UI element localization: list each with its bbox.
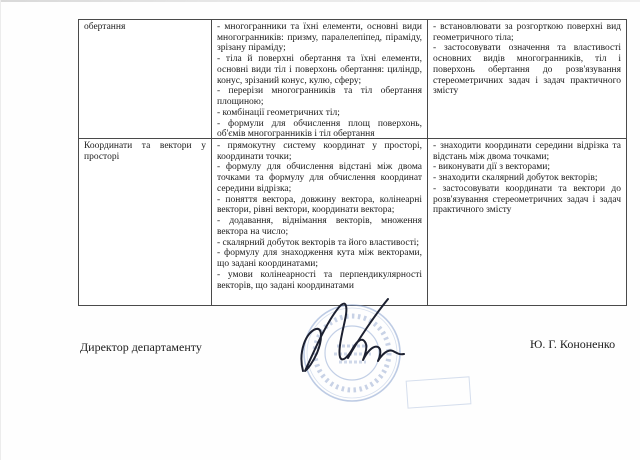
signature-icon — [301, 299, 404, 371]
document-page: обертання - многогранники та їхні елемен… — [0, 0, 640, 460]
table-cell-content-2: - прямокутну систему координат у простор… — [212, 139, 428, 305]
table-cell-outcomes-1: - встановлювати за розгорткою поверхні в… — [428, 20, 626, 139]
table-cell-topic-2: Координати та вектори у просторі — [79, 139, 212, 305]
round-stamp-icon — [304, 305, 400, 401]
scan-edge-left — [0, 0, 1, 460]
scan-edge-top — [0, 0, 640, 2]
faint-rect-imprint — [406, 377, 471, 408]
signer-name-label: Ю. Г. Кононенко — [530, 337, 615, 352]
table-cell-topic-1: обертання — [79, 20, 212, 139]
table-cell-outcomes-2: - знаходити координати середини відрізка… — [428, 139, 626, 305]
director-title-label: Директор департаменту — [80, 340, 202, 355]
curriculum-table: обертання - многогранники та їхні елемен… — [78, 19, 627, 306]
table-cell-content-1: - многогранники та їхні елементи, основн… — [212, 20, 428, 139]
